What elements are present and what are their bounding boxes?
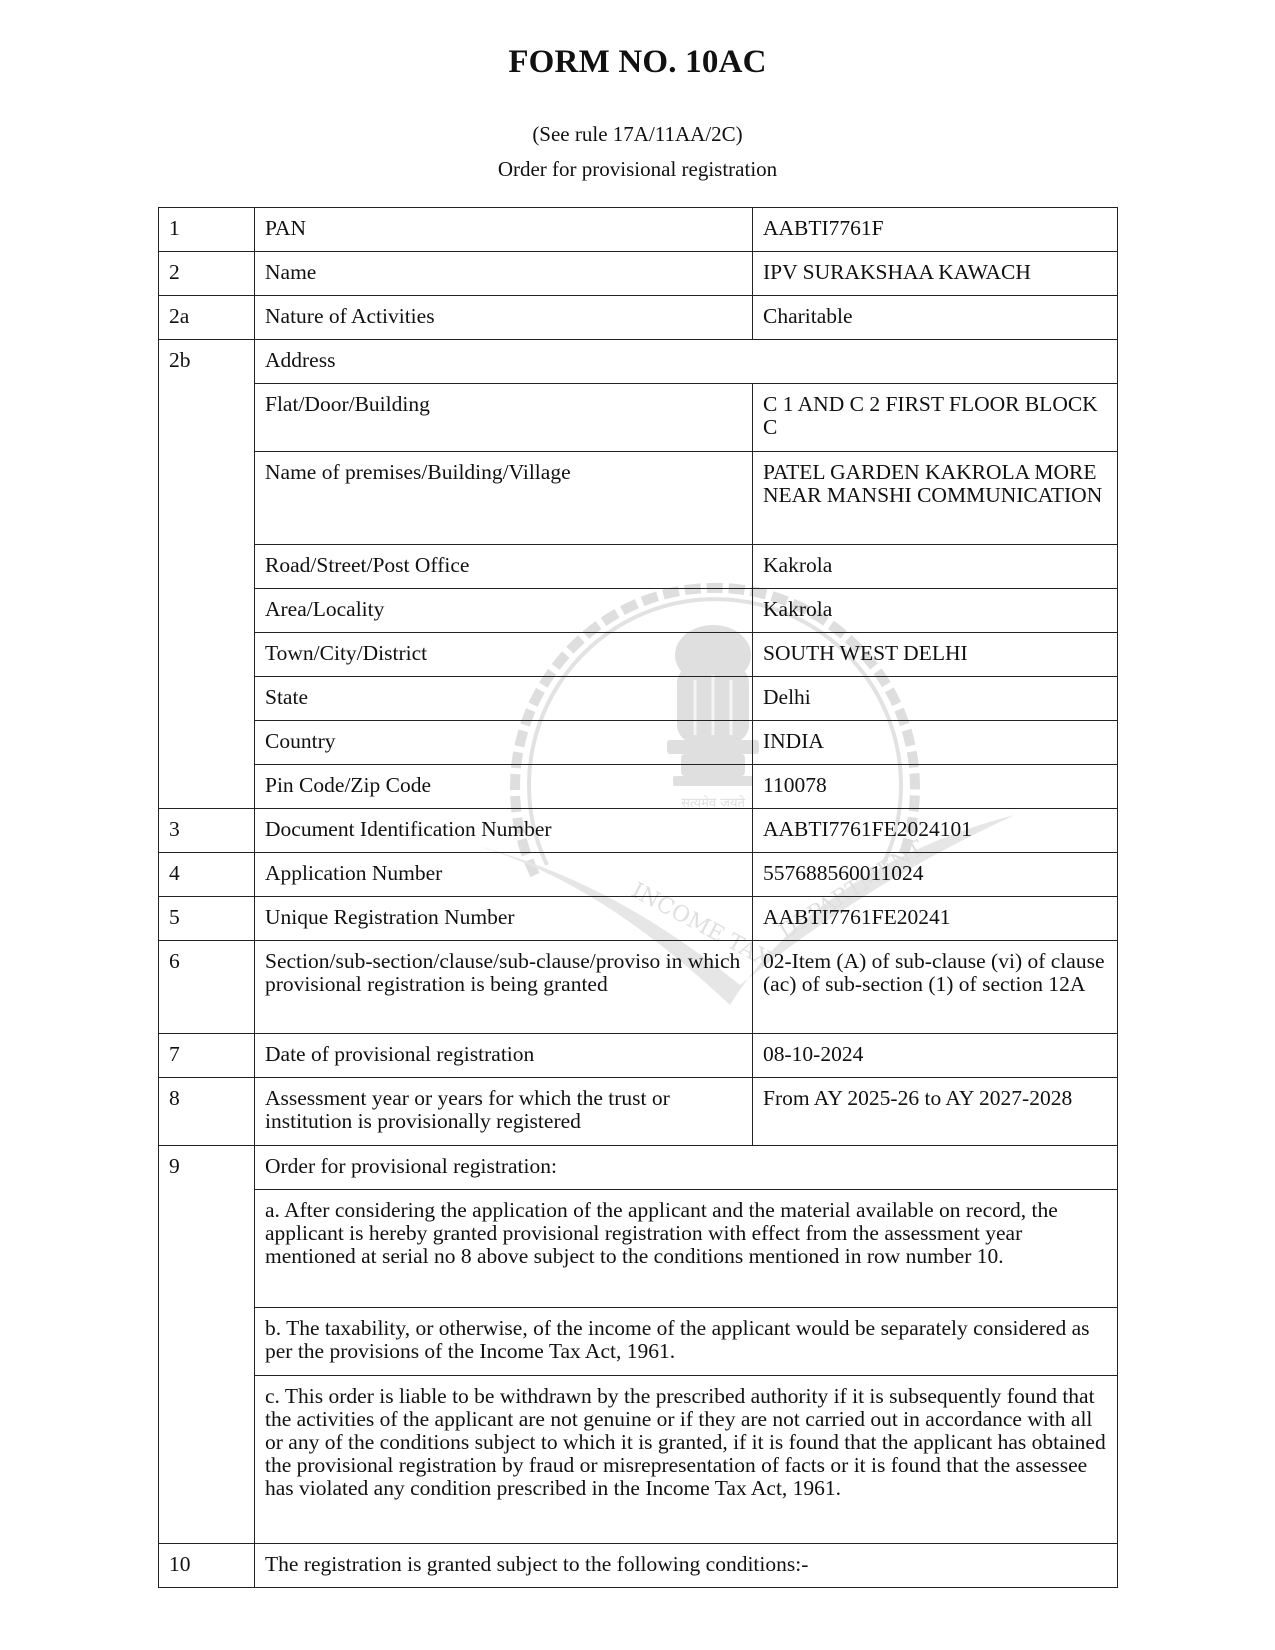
row-number: 2b [159,340,255,809]
address-field-row: Road/Street/Post Office Kakrola [159,545,1118,589]
table-row-din: 3 Document Identification Number AABTI77… [159,809,1118,853]
name-value: IPV SURAKSHAA KAWACH [753,252,1118,296]
row-number: 2a [159,296,255,340]
table-row-application: 4 Application Number 557688560011024 [159,853,1118,897]
address-field-label: Area/Locality [255,589,753,633]
row-number: 7 [159,1034,255,1078]
table-row-date: 7 Date of provisional registration 08-10… [159,1034,1118,1078]
address-field-value: PATEL GARDEN KAKROLA MORE NEAR MANSHI CO… [753,452,1118,545]
row-number: 2 [159,252,255,296]
address-field-row: State Delhi [159,677,1118,721]
address-field-value: INDIA [753,721,1118,765]
table-row-nature: 2a Nature of Activities Charitable [159,296,1118,340]
registration-table: 1 PAN AABTI7761F 2 Name IPV SURAKSHAA KA… [158,207,1118,1588]
row-number: 9 [159,1146,255,1544]
row-number: 10 [159,1544,255,1588]
form-subtitle: Order for provisional registration [0,157,1275,182]
address-field-value: Kakrola [753,545,1118,589]
row-number: 4 [159,853,255,897]
order-paragraph-row: a. After considering the application of … [159,1190,1118,1308]
row-label: Name [255,252,753,296]
order-paragraph-a: a. After considering the application of … [255,1190,1118,1308]
row-label: Assessment year or years for which the t… [255,1078,753,1146]
address-field-value: C 1 AND C 2 FIRST FLOOR BLOCK C [753,384,1118,452]
table-row-assessment: 8 Assessment year or years for which the… [159,1078,1118,1146]
row-label: Date of provisional registration [255,1034,753,1078]
address-field-row: Flat/Door/Building C 1 AND C 2 FIRST FLO… [159,384,1118,452]
row-label: PAN [255,208,753,252]
table-row-urn: 5 Unique Registration Number AABTI7761FE… [159,897,1118,941]
application-number-value: 557688560011024 [753,853,1118,897]
row-label: The registration is granted subject to t… [255,1544,1118,1588]
address-field-label: State [255,677,753,721]
table-row-conditions: 10 The registration is granted subject t… [159,1544,1118,1588]
section-value: 02-Item (A) of sub-clause (vi) of clause… [753,941,1118,1034]
table-row-name: 2 Name IPV SURAKSHAA KAWACH [159,252,1118,296]
address-field-row: Area/Locality Kakrola [159,589,1118,633]
address-field-label: Road/Street/Post Office [255,545,753,589]
address-field-value: Delhi [753,677,1118,721]
address-field-label: Town/City/District [255,633,753,677]
pan-value: AABTI7761F [753,208,1118,252]
row-label: Address [255,340,1118,384]
address-field-value: 110078 [753,765,1118,809]
address-field-row: Country INDIA [159,721,1118,765]
address-field-row: Pin Code/Zip Code 110078 [159,765,1118,809]
row-label: Unique Registration Number [255,897,753,941]
din-value: AABTI7761FE2024101 [753,809,1118,853]
table-row-section: 6 Section/sub-section/clause/sub-clause/… [159,941,1118,1034]
row-label: Section/sub-section/clause/sub-clause/pr… [255,941,753,1034]
order-paragraph-c: c. This order is liable to be withdrawn … [255,1376,1118,1544]
table-row-address: 2b Address [159,340,1118,384]
row-number: 6 [159,941,255,1034]
address-field-label: Country [255,721,753,765]
address-field-label: Flat/Door/Building [255,384,753,452]
row-number: 8 [159,1078,255,1146]
row-number: 5 [159,897,255,941]
row-label: Application Number [255,853,753,897]
address-field-row: Name of premises/Building/Village PATEL … [159,452,1118,545]
row-label: Document Identification Number [255,809,753,853]
row-number: 1 [159,208,255,252]
nature-value: Charitable [753,296,1118,340]
address-field-value: Kakrola [753,589,1118,633]
order-paragraph-row: c. This order is liable to be withdrawn … [159,1376,1118,1544]
row-label: Order for provisional registration: [255,1146,1118,1190]
address-field-value: SOUTH WEST DELHI [753,633,1118,677]
form-title: FORM NO. 10AC [0,44,1275,81]
table-row-pan: 1 PAN AABTI7761F [159,208,1118,252]
table-row-order: 9 Order for provisional registration: [159,1146,1118,1190]
rule-reference: (See rule 17A/11AA/2C) [0,122,1275,147]
order-paragraph-b: b. The taxability, or otherwise, of the … [255,1308,1118,1376]
urn-value: AABTI7761FE20241 [753,897,1118,941]
registration-date-value: 08-10-2024 [753,1034,1118,1078]
address-field-label: Name of premises/Building/Village [255,452,753,545]
assessment-year-value: From AY 2025-26 to AY 2027-2028 [753,1078,1118,1146]
order-paragraph-row: b. The taxability, or otherwise, of the … [159,1308,1118,1376]
row-number: 3 [159,809,255,853]
address-field-row: Town/City/District SOUTH WEST DELHI [159,633,1118,677]
address-field-label: Pin Code/Zip Code [255,765,753,809]
row-label: Nature of Activities [255,296,753,340]
